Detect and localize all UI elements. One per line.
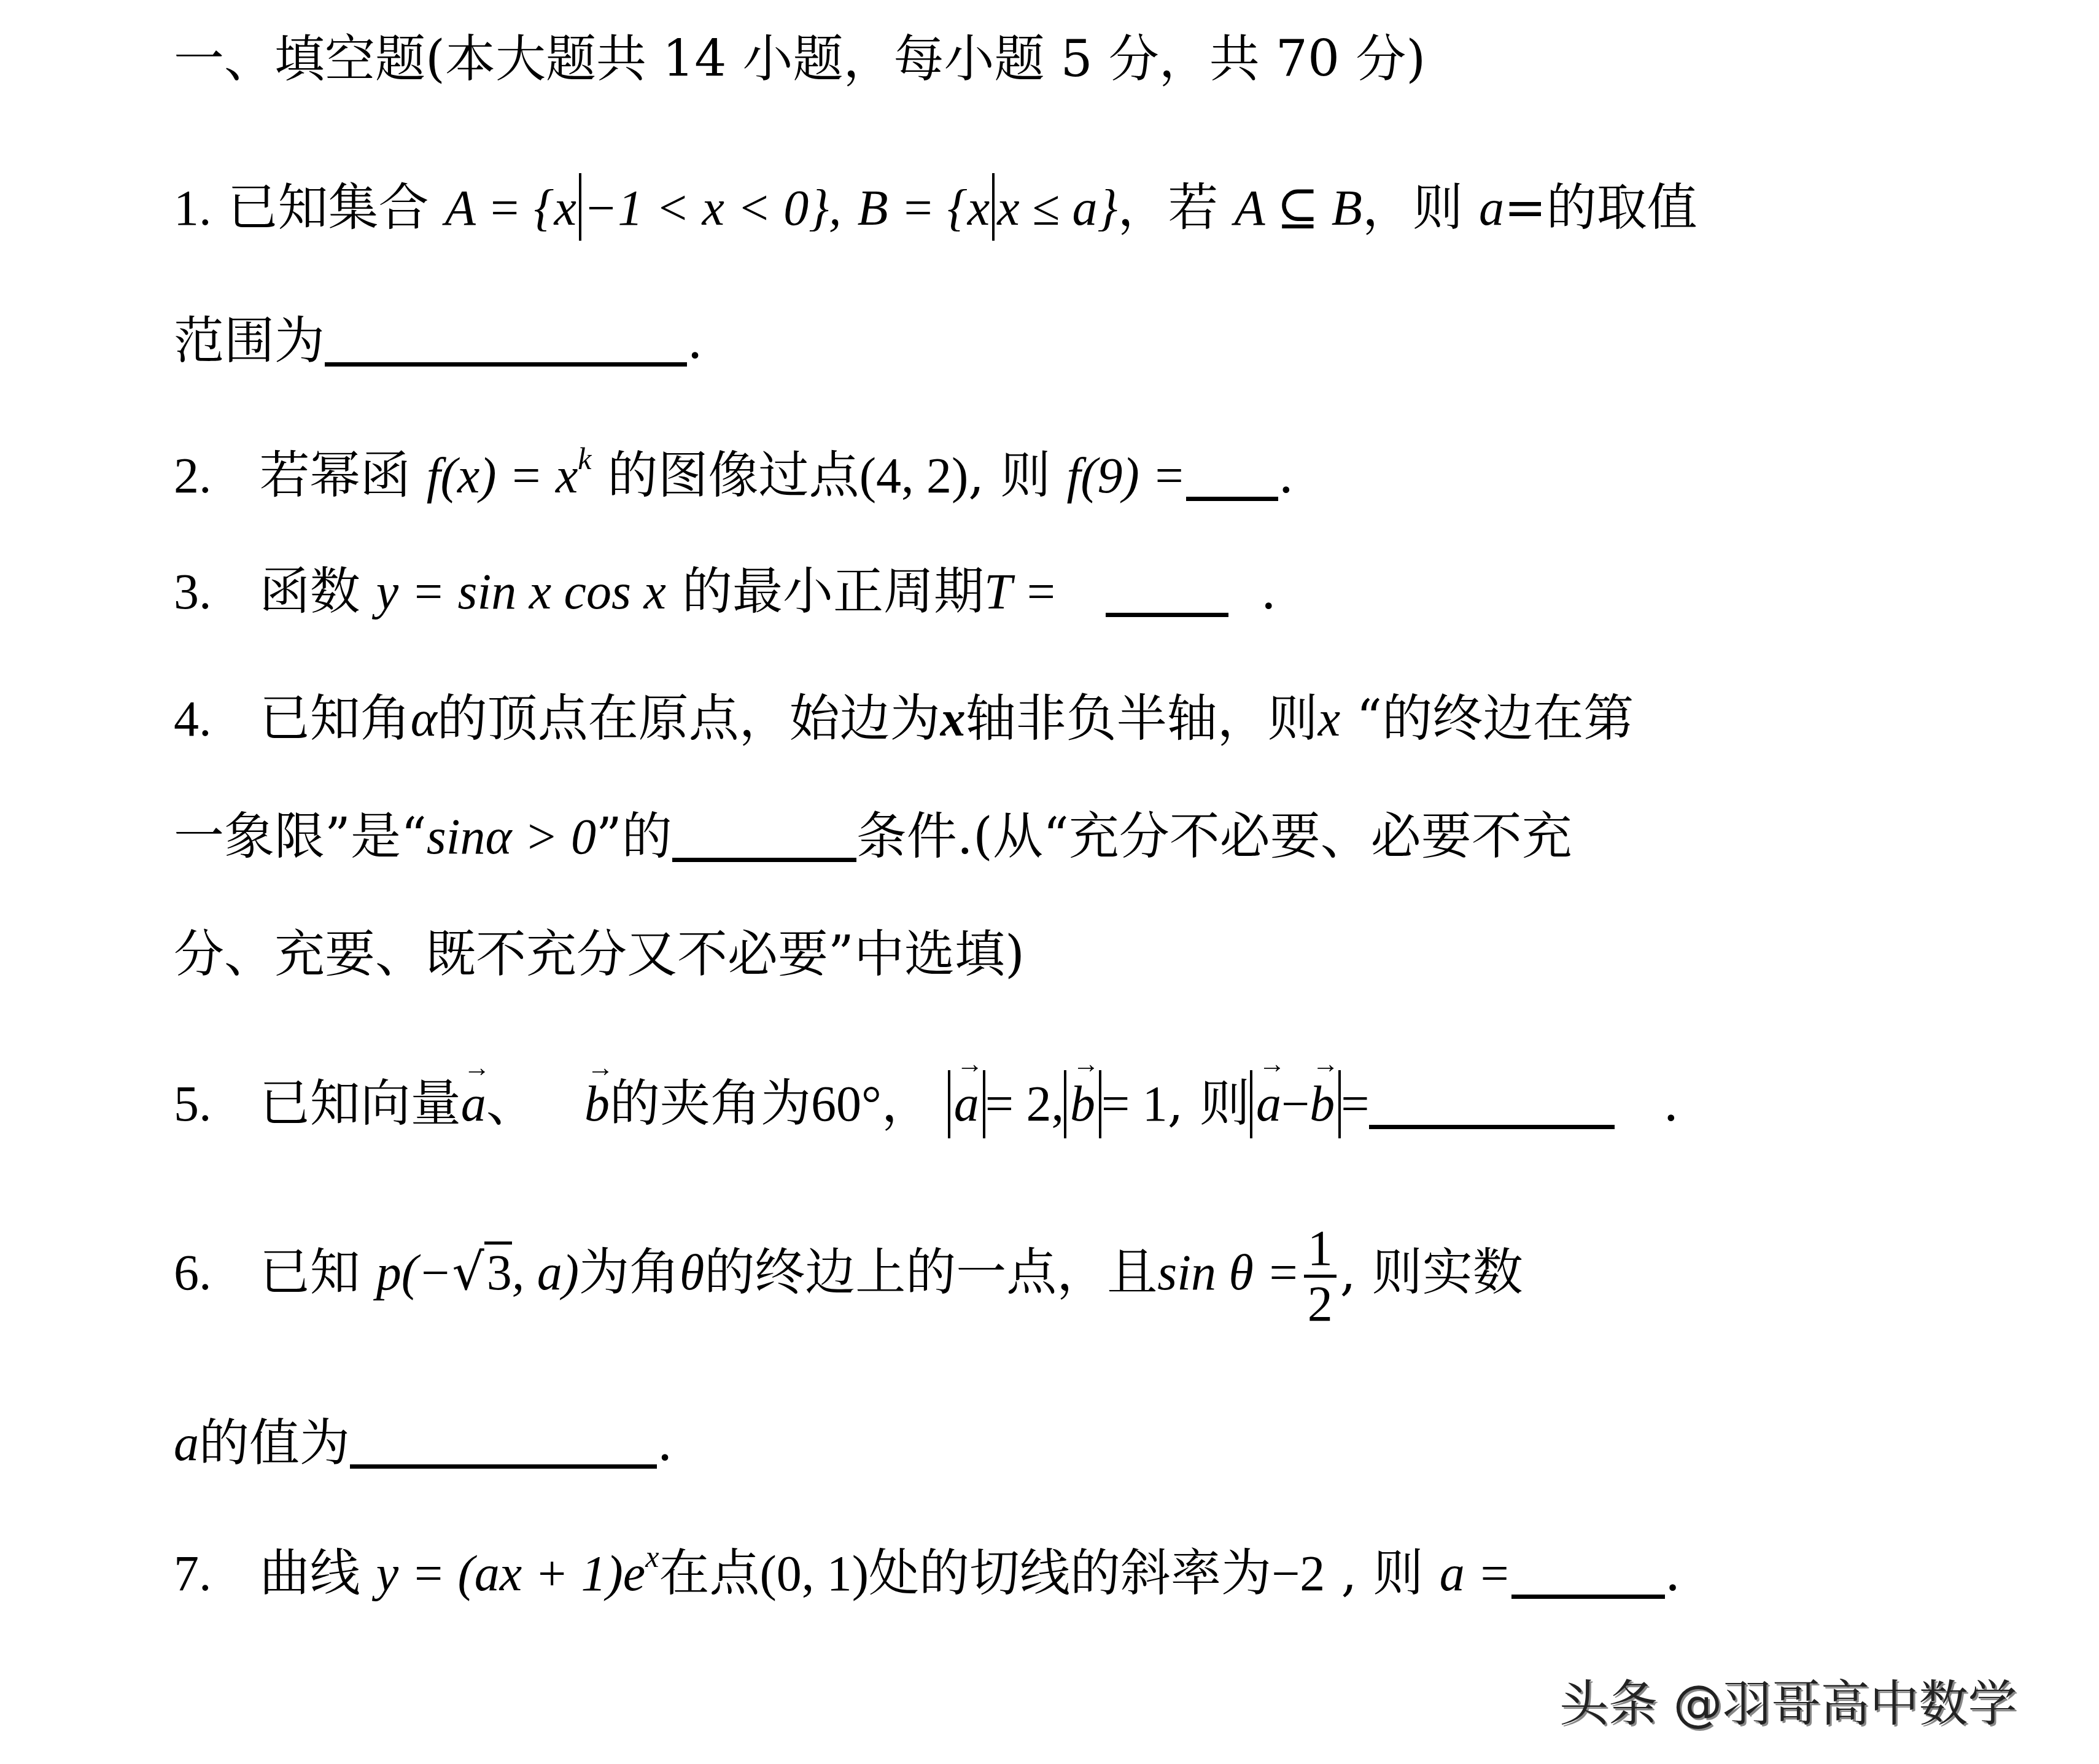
period: .	[1665, 1544, 1681, 1603]
answer-blank[interactable]	[1186, 491, 1278, 501]
answer-blank[interactable]	[672, 852, 856, 862]
question-text: =的取值	[1504, 179, 1697, 237]
question-text: 在点	[659, 1544, 759, 1603]
math-var: a =	[1440, 1545, 1511, 1601]
question-text: ，	[882, 1074, 932, 1133]
period: .	[657, 1414, 673, 1472]
question-4: 4. 已知角α的顶点在原点，始边为x轴非负半轴，则x “的终边在第	[174, 694, 1634, 744]
question-text: 的顶点在原点，始边为	[437, 690, 941, 748]
abs-vector-a: a	[948, 1070, 985, 1138]
math-set-a-condition: −1 < x < 0},	[584, 180, 842, 236]
answer-blank[interactable]	[1106, 607, 1228, 617]
answer-blank[interactable]	[1369, 1119, 1615, 1129]
math-slope: −2	[1271, 1545, 1325, 1601]
question-2: 2. 若幂函 f(x) = xk 的图像过点(4, 2), 则 f(9) =.	[174, 443, 1294, 501]
question-3: 3. 函数 y = sin x cos x 的最小正周期T = .	[174, 567, 1276, 617]
vector-a: a	[954, 1070, 979, 1138]
answer-blank[interactable]	[325, 356, 687, 367]
question-text: ，则	[1362, 179, 1463, 237]
question-text: “的终边在第	[1356, 690, 1634, 748]
question-text: 函数	[260, 562, 360, 621]
math-theta: θ	[680, 1245, 704, 1300]
question-number: 6.	[174, 1245, 212, 1300]
math-angle: 60°	[811, 1076, 882, 1132]
math-sqrt: 3	[484, 1241, 512, 1300]
question-text: , 则	[1341, 1544, 1423, 1603]
question-text: 若幂函	[260, 446, 411, 505]
numerator: 1	[1304, 1222, 1337, 1278]
question-text: 的终边上的一点，且	[704, 1243, 1157, 1302]
vector-b: b	[584, 1079, 610, 1129]
vector-a: a	[461, 1079, 486, 1129]
math-expression: f(9) =	[1066, 448, 1185, 503]
question-text: 已知角	[260, 690, 411, 748]
math-set-b: B = {x	[858, 180, 990, 236]
fraction-one-half: 12	[1304, 1222, 1337, 1331]
minus-sign: −	[1281, 1076, 1309, 1132]
question-text: 已知向量	[260, 1074, 461, 1133]
math-exponent: k	[578, 441, 591, 476]
period: .	[1663, 1074, 1679, 1133]
denominator: 2	[1304, 1278, 1337, 1331]
question-text: 已知集合	[228, 179, 429, 237]
question-1: 1. 已知集合 A = {x−1 < x < 0}, B = {xx ≤ a}，…	[174, 173, 1697, 241]
abs-vector-difference: a−b	[1250, 1070, 1341, 1138]
math-subset: A ⊆ B	[1235, 180, 1362, 236]
answer-blank[interactable]	[350, 1458, 657, 1469]
question-text: 曲线	[260, 1544, 360, 1603]
math-value: = 1	[1101, 1076, 1168, 1132]
question-text: 条件.(从“充分不必要、必要不充	[856, 807, 1572, 866]
abs-vector-b: b	[1064, 1070, 1101, 1138]
math-equation: y = sin x cos x	[376, 564, 666, 620]
question-text: ，若	[1117, 179, 1218, 237]
equals-sign: =	[1341, 1076, 1369, 1132]
math-var: a	[174, 1415, 199, 1471]
period: .	[1278, 446, 1294, 505]
period: .	[687, 312, 703, 370]
watermark: 头条 @羽哥高中数学	[1559, 1664, 2017, 1735]
question-text: , 则实数	[1340, 1243, 1523, 1302]
question-number: 7.	[174, 1545, 212, 1601]
math-point: , a)	[512, 1245, 579, 1300]
math-inequality: sinα > 0	[427, 809, 596, 865]
question-number: 4.	[174, 691, 212, 747]
question-text: 的值为	[199, 1414, 350, 1472]
math-value: = 2,	[985, 1076, 1064, 1132]
question-text: 的夹角为	[610, 1074, 811, 1133]
question-text: 的图像过点	[608, 446, 859, 505]
math-sin: sin θ =	[1157, 1245, 1300, 1300]
math-set-b-condition: x ≤ a}	[997, 180, 1117, 236]
question-6: 6. 已知 p(−√3, a)为角θ的终边上的一点，且sin θ =12, 则实…	[174, 1222, 1523, 1331]
question-text: , 则	[968, 446, 1050, 505]
question-text: ”的	[596, 807, 672, 866]
question-text: 分、充要、既不充分又不必要”中选填)	[174, 925, 1025, 984]
vector-b: b	[1070, 1070, 1095, 1138]
question-5: 5. 已知向量a、 b的夹角为60°， a= 2,b= 1, 则a−b= .	[174, 1070, 1679, 1138]
math-var: a	[1479, 180, 1504, 236]
question-text: 范围为	[174, 312, 325, 370]
math-exponent: x	[645, 1539, 659, 1574]
question-text: 已知	[260, 1243, 360, 1302]
question-4-line-3: 分、充要、既不充分又不必要”中选填)	[174, 930, 1025, 980]
answer-blank[interactable]	[1511, 1588, 1665, 1599]
set-bar	[992, 173, 995, 241]
math-x: x	[1318, 691, 1340, 747]
section-header: 一、填空题(本大题共 14 小题，每小题 5 分，共 70 分)	[174, 34, 1426, 85]
question-text: 、	[486, 1074, 537, 1133]
math-equation: y = (ax + 1)e	[376, 1545, 645, 1601]
math-point: p(−	[376, 1245, 452, 1300]
period: .	[1260, 562, 1276, 621]
vector-b: b	[1309, 1070, 1335, 1138]
math-alpha: α	[411, 691, 437, 747]
math-point: (4, 2)	[859, 448, 969, 503]
set-bar	[579, 173, 581, 241]
question-7: 7. 曲线 y = (ax + 1)ex在点(0, 1)处的切线的斜率为−2 ,…	[174, 1541, 1681, 1599]
question-1-continued: 范围为.	[174, 316, 703, 367]
question-text: 的最小正周期	[682, 562, 984, 621]
question-number: 3.	[174, 564, 212, 620]
math-set-a: A = {x	[445, 180, 576, 236]
math-period: T =	[984, 564, 1058, 620]
section-header-text: 一、填空题(本大题共 14 小题，每小题 5 分，共 70 分)	[174, 30, 1426, 88]
question-text: 处的切线的斜率为	[869, 1544, 1271, 1603]
vector-a: a	[1256, 1070, 1281, 1138]
question-text: 轴非负半轴，则	[966, 690, 1318, 748]
question-text: 为角	[579, 1243, 680, 1302]
question-text: 一象限”是“	[174, 807, 427, 866]
question-number: 5.	[174, 1076, 212, 1132]
question-number: 2.	[174, 448, 212, 503]
question-4-line-2: 一象限”是“sinα > 0”的条件.(从“充分不必要、必要不充	[174, 812, 1572, 862]
math-function: f(x) = x	[427, 448, 578, 503]
question-text: , 则	[1168, 1074, 1250, 1133]
math-point: (0, 1)	[759, 1545, 869, 1601]
question-number: 1.	[174, 180, 212, 236]
question-6-continued: a的值为.	[174, 1418, 673, 1469]
math-x: x	[941, 691, 966, 747]
